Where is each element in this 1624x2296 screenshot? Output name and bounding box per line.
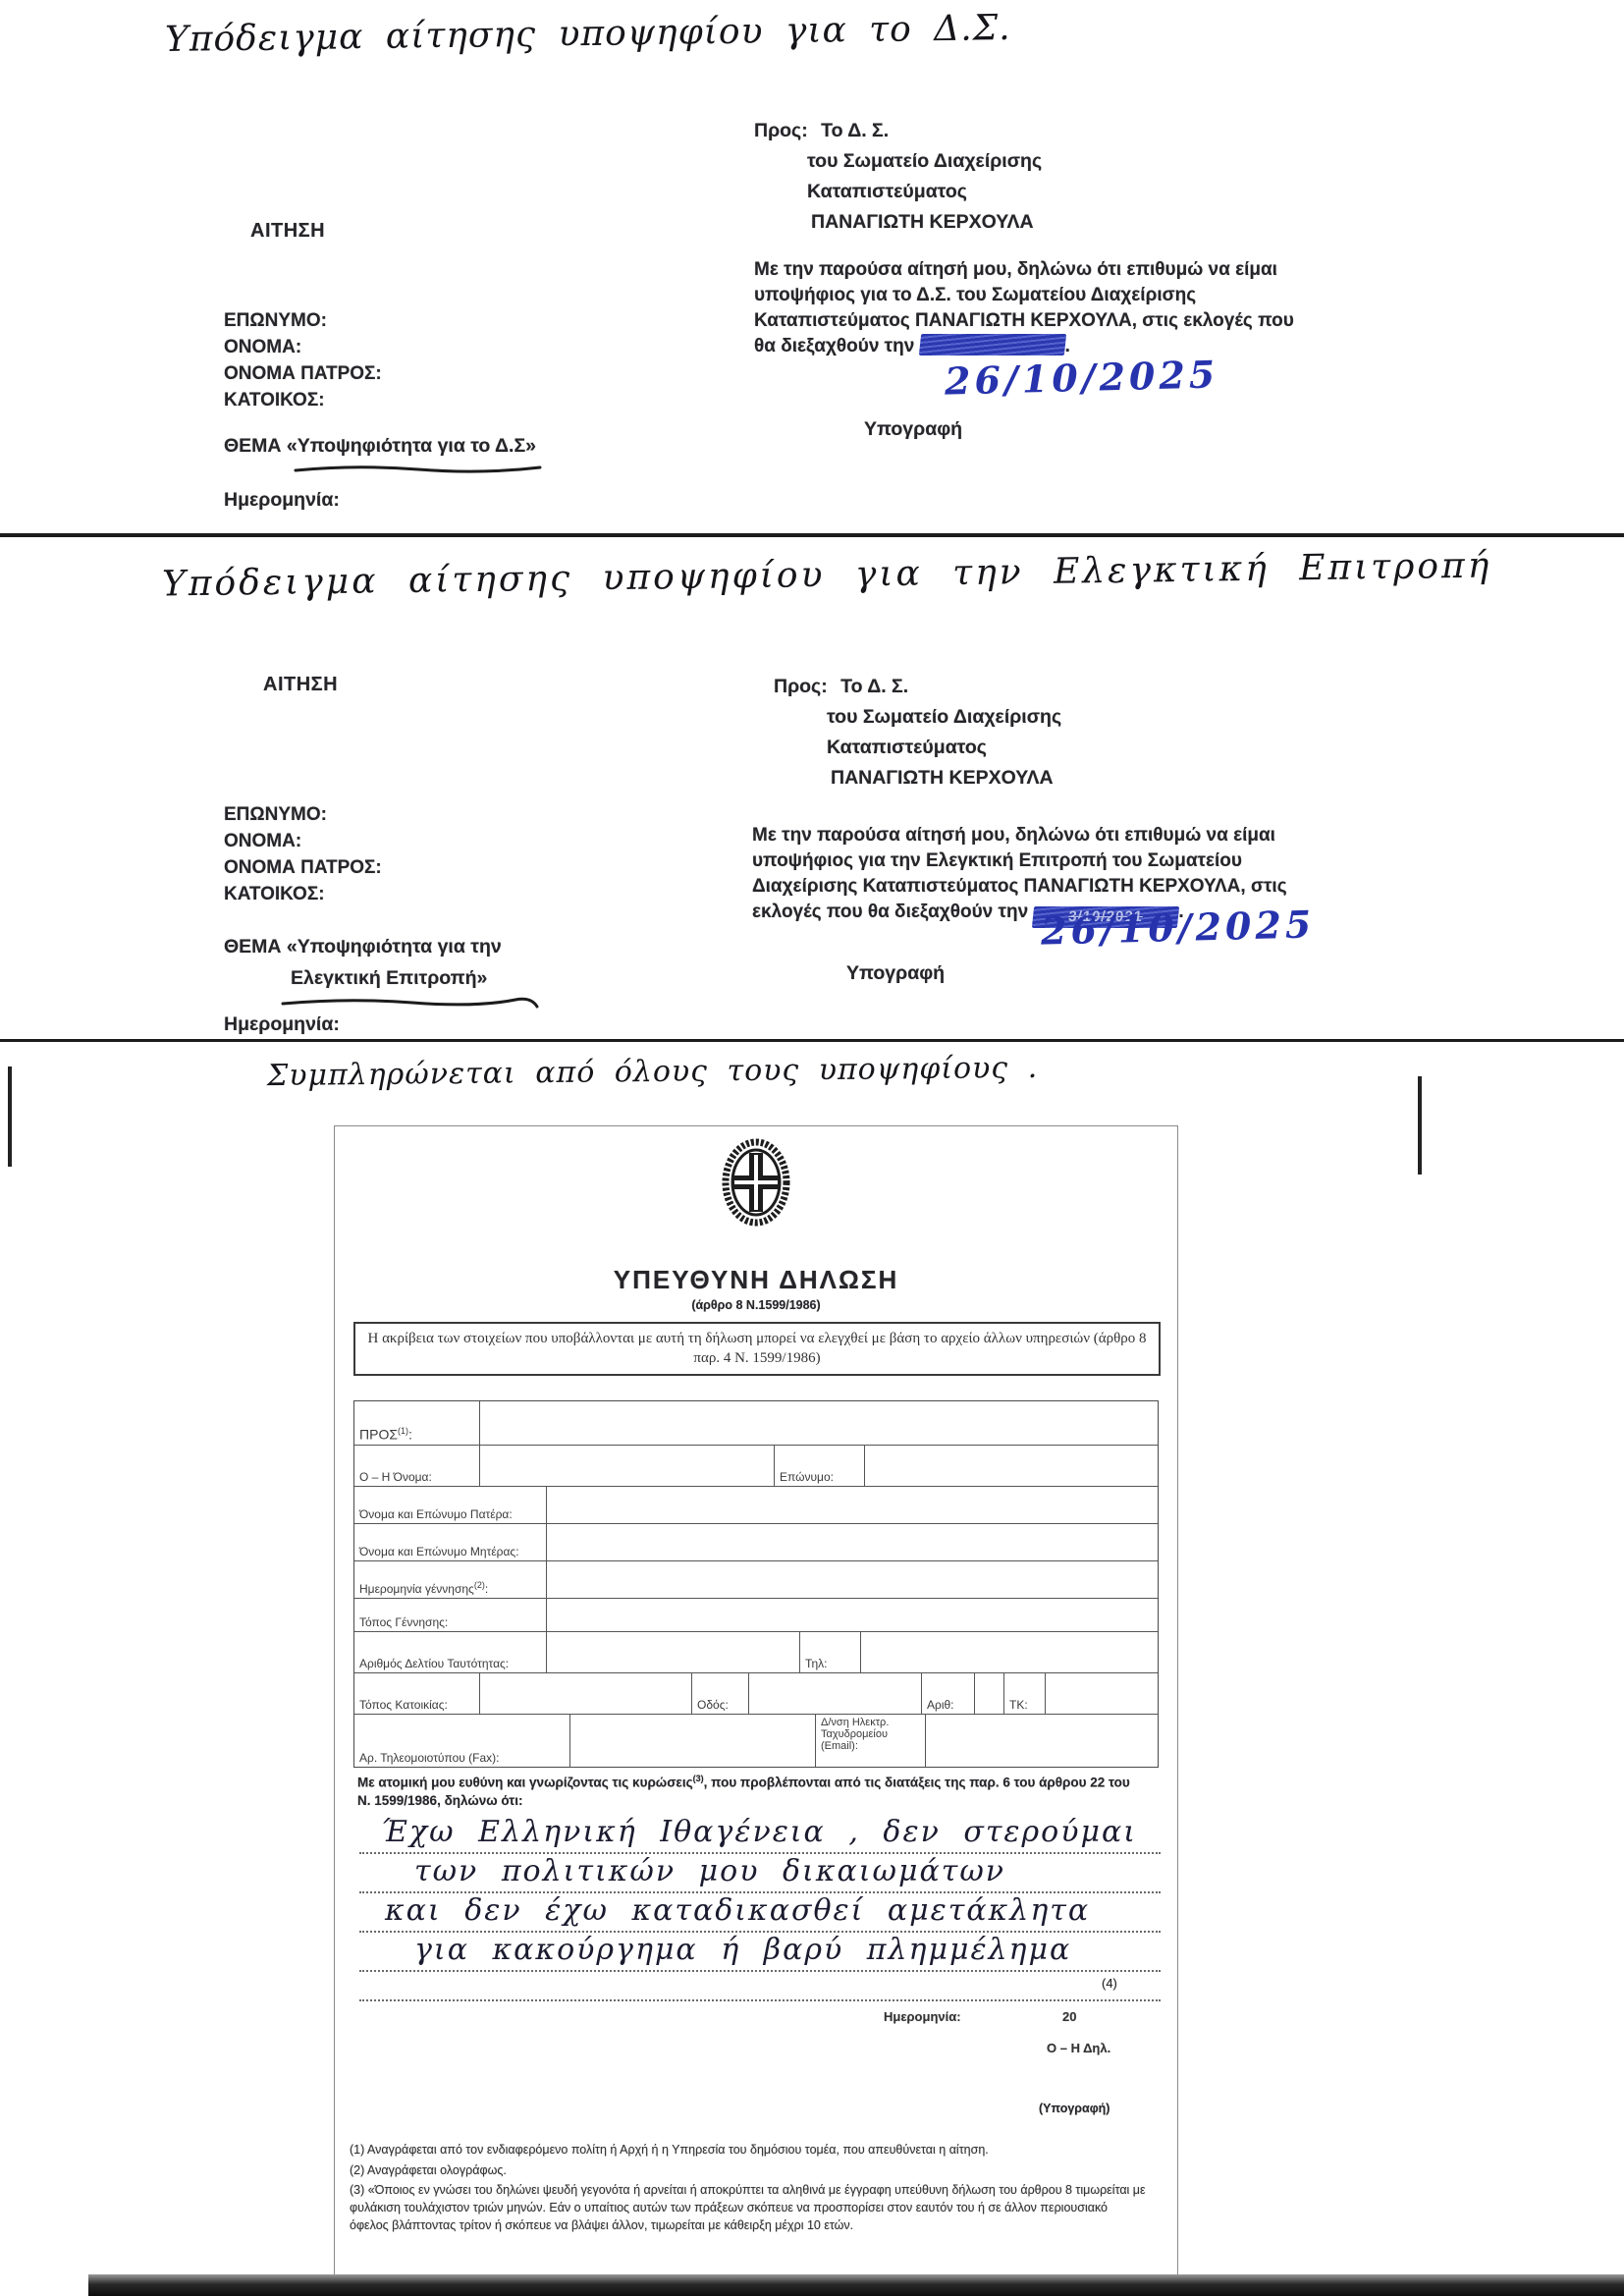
declaration-title: ΥΠΕΥΘΥΝΗ ΔΗΛΩΣΗ bbox=[334, 1265, 1178, 1295]
to-line: του Σωματείο Διαχείρισης bbox=[807, 146, 1042, 177]
body-line: υποψήφιος για την Ελεγκτική Επιτροπή του… bbox=[752, 848, 1351, 874]
pros-colon: : bbox=[408, 1427, 412, 1443]
declaration-date-value: 20 bbox=[1062, 2009, 1076, 2024]
father-input-cell bbox=[547, 1487, 1158, 1523]
greek-coat-of-arms-icon bbox=[718, 1137, 794, 1228]
footnote-3: (3) «Όποιος εν γνώσει του δηλώνει ψευδή … bbox=[350, 2181, 1149, 2234]
handwritten-date-board: 26/10/2025 bbox=[944, 352, 1218, 403]
handwritten-declaration-line: Έχω Ελληνική Ιθαγένεια , δεν στερούμαι bbox=[381, 1815, 1137, 1849]
residence-input-cell bbox=[480, 1673, 692, 1714]
field-label-residence: ΚΑΤΟΙΚΟΣ: bbox=[224, 881, 382, 907]
section-divider bbox=[0, 533, 1624, 537]
table-row-father: Όνομα και Επώνυμο Πατέρα: bbox=[354, 1486, 1158, 1523]
handwritten-date-audit: 26/10/2025 bbox=[1040, 902, 1315, 953]
to-line: Καταπιστεύματος bbox=[807, 177, 1042, 207]
dotted-rule bbox=[359, 1999, 1161, 2001]
name-label-cell: Ο – Η Όνομα: bbox=[354, 1446, 480, 1486]
table-row-pros: ΠΡΟΣ(1): bbox=[354, 1401, 1158, 1445]
birthdate-label: Ημερομηνία γέννησης bbox=[359, 1582, 474, 1596]
table-row-birthdate: Ημερομηνία γέννησης(2): bbox=[354, 1560, 1158, 1598]
table-row-mother: Όνομα και Επώνυμο Μητέρας: bbox=[354, 1523, 1158, 1560]
pros-label-cell: ΠΡΟΣ(1): bbox=[354, 1401, 480, 1445]
to-line: Το Δ. Σ. bbox=[821, 120, 889, 141]
date-label: Ημερομηνία: bbox=[224, 489, 340, 512]
hand-underline bbox=[280, 994, 541, 1010]
body-line: Με την παρούσα αίτησή μου, δηλώνω ότι επ… bbox=[752, 823, 1351, 848]
mother-label-cell: Όνομα και Επώνυμο Μητέρας: bbox=[354, 1524, 547, 1560]
to-line: ΠΑΝΑΓΙΩΤΗ ΚΕΡΧΟΥΛΑ bbox=[811, 207, 1042, 238]
to-prefix: Προς: bbox=[774, 676, 828, 697]
crop-mark bbox=[8, 1066, 12, 1167]
postcode-input-cell bbox=[1046, 1673, 1158, 1714]
field-label-father-name: ΟΝΟΜΑ ΠΑΤΡΟΣ: bbox=[224, 854, 382, 881]
field-label-residence: ΚΑΤΟΙΚΟΣ: bbox=[224, 387, 382, 413]
tel-label-cell: Τηλ: bbox=[800, 1632, 861, 1672]
scan-edge-artifact bbox=[88, 2274, 1624, 2296]
notice-line: Η ακρίβεια των στοιχείων που υποβάλλοντα… bbox=[367, 1329, 1147, 1348]
declarant-label: Ο – Η Δηλ. bbox=[1047, 2041, 1110, 2055]
footnote-marker-4: (4) bbox=[1102, 1976, 1117, 1991]
street-label-cell: Οδός: bbox=[692, 1673, 749, 1714]
surname-label-cell: Επώνυμο: bbox=[775, 1446, 865, 1486]
birthdate-input-cell bbox=[547, 1561, 1158, 1598]
table-row-residence: Τόπος Κατοικίας: Οδός: Αριθ: ΤΚ: bbox=[354, 1672, 1158, 1714]
email-label-line: (Εmail): bbox=[821, 1740, 858, 1752]
oath-intro-line2: Ν. 1599/1986, δηλώνω ότι: bbox=[357, 1793, 523, 1808]
field-label-name: ΟΝΟΜΑ: bbox=[224, 334, 382, 360]
declaration-fields-table: ΠΡΟΣ(1): Ο – Η Όνομα: Επώνυμο: Όνομα και… bbox=[353, 1400, 1159, 1768]
body-line: Με την παρούσα αίτησή μου, δηλώνω ότι επ… bbox=[754, 257, 1343, 283]
crossed-out-date bbox=[918, 334, 1065, 355]
handwritten-note-all-candidates: Συμπληρώνεται από όλους τους υποψηφίους … bbox=[267, 1051, 1039, 1093]
oath-text: , που προβλέπονται από τις διατάξεις της… bbox=[704, 1776, 1130, 1790]
handwritten-title-audit: Υπόδειγμα αίτησης υποψηφίου για την Ελεγ… bbox=[162, 546, 1492, 605]
handwritten-declaration-line: των πολιτικών μου δικαιωμάτων bbox=[414, 1854, 1005, 1888]
field-label-surname: ΕΠΩΝΥΜΟ: bbox=[224, 307, 382, 334]
signature-label: Υπογραφή bbox=[864, 418, 962, 441]
email-label-line: Ταχυδρομείου bbox=[821, 1728, 888, 1740]
postcode-label-cell: ΤΚ: bbox=[1004, 1673, 1046, 1714]
subject-line: ΘΕΜΑ «Υποψηφιότητα για το Δ.Σ» bbox=[224, 435, 536, 458]
fax-input-cell bbox=[570, 1715, 816, 1767]
field-label-surname: ΕΠΩΝΥΜΟ: bbox=[224, 801, 382, 828]
birthplace-input-cell bbox=[547, 1599, 1158, 1631]
footnote-2: (2) Αναγράφεται ολογράφως. bbox=[350, 2161, 1149, 2179]
field-label-name: ΟΝΟΜΑ: bbox=[224, 828, 382, 854]
email-label-cell: Δ/νση Ηλεκτρ. Ταχυδρομείου (Εmail): bbox=[816, 1715, 926, 1767]
father-label-cell: Όνομα και Επώνυμο Πατέρα: bbox=[354, 1487, 547, 1523]
date-label: Ημερομηνία: bbox=[224, 1013, 340, 1036]
table-row-id-tel: Αριθμός Δελτίου Ταυτότητας: Τηλ: bbox=[354, 1631, 1158, 1672]
fax-label-cell: Αρ. Τηλεομοιοτύπου (Fax): bbox=[354, 1715, 570, 1767]
to-prefix: Προς: bbox=[754, 120, 808, 141]
to-line: Το Δ. Σ. bbox=[840, 676, 908, 697]
birthdate-label-cell: Ημερομηνία γέννησης(2): bbox=[354, 1561, 547, 1598]
mother-input-cell bbox=[547, 1524, 1158, 1560]
application-label: ΑΙΤΗΣΗ bbox=[250, 220, 325, 243]
declaration-date-label: Ημερομηνία: bbox=[884, 2009, 961, 2024]
body-line-text: θα διεξαχθούν την bbox=[754, 336, 914, 356]
to-line: του Σωματείο Διαχείρισης bbox=[827, 702, 1061, 733]
pros-label: ΠΡΟΣ bbox=[359, 1427, 398, 1443]
body-line-text: εκλογές που θα διεξαχθούν την bbox=[752, 902, 1028, 922]
declaration-subtitle: (άρθρο 8 Ν.1599/1986) bbox=[334, 1298, 1178, 1312]
body-line: Διαχείρισης Καταπιστεύματος ΠΑΝΑΓΙΩΤΗ ΚΕ… bbox=[752, 874, 1351, 900]
field-labels: ΕΠΩΝΥΜΟ: ΟΝΟΜΑ: ΟΝΟΜΑ ΠΑΤΡΟΣ: ΚΑΤΟΙΚΟΣ: bbox=[224, 801, 382, 907]
to-block: Προς: Το Δ. Σ. του Σωματείο Διαχείρισης … bbox=[774, 672, 1061, 793]
pros-footref: (1) bbox=[398, 1426, 408, 1436]
to-block: Προς: Το Δ. Σ. του Σωματείο Διαχείρισης … bbox=[754, 116, 1042, 238]
field-label-father-name: ΟΝΟΜΑ ΠΑΤΡΟΣ: bbox=[224, 360, 382, 387]
email-input-cell bbox=[926, 1715, 1158, 1767]
subject-line: ΘΕΜΑ «Υποψηφιότητα για την bbox=[224, 936, 502, 958]
signature-placeholder-label: (Υπογραφή) bbox=[1039, 2102, 1110, 2115]
id-input-cell bbox=[547, 1632, 800, 1672]
pros-input-cell bbox=[480, 1401, 1158, 1445]
crop-mark bbox=[1418, 1076, 1422, 1175]
number-input-cell bbox=[975, 1673, 1004, 1714]
table-row-name: Ο – Η Όνομα: Επώνυμο: bbox=[354, 1445, 1158, 1486]
handwritten-declaration-line: και δεν έχω καταδικασθεί αμετάκλητα bbox=[385, 1893, 1090, 1928]
to-line: Καταπιστεύματος bbox=[827, 733, 1061, 763]
residence-label-cell: Τόπος Κατοικίας: bbox=[354, 1673, 480, 1714]
birthdate-colon: : bbox=[485, 1582, 488, 1596]
to-line: ΠΑΝΑΓΙΩΤΗ ΚΕΡΧΟΥΛΑ bbox=[831, 763, 1061, 793]
oath-text: Με ατομική μου ευθύνη και γνωρίζοντας τι… bbox=[357, 1776, 693, 1790]
birthdate-footref: (2) bbox=[474, 1580, 485, 1590]
email-label-line: Δ/νση Ηλεκτρ. bbox=[821, 1717, 889, 1728]
notice-line: παρ. 4 Ν. 1599/1986) bbox=[367, 1348, 1147, 1368]
handwritten-declaration-line: για κακούργημα ή βαρύ πλημμέλημα bbox=[414, 1933, 1071, 1967]
field-labels: ΕΠΩΝΥΜΟ: ΟΝΟΜΑ: ΟΝΟΜΑ ΠΑΤΡΟΣ: ΚΑΤΟΙΚΟΣ: bbox=[224, 307, 382, 413]
oath-footref: (3) bbox=[693, 1774, 704, 1783]
application-label: ΑΙΤΗΣΗ bbox=[263, 674, 338, 696]
scanned-document-page: Υπόδειγμα αίτησης υποψηφίου για το Δ.Σ. … bbox=[0, 0, 1624, 2296]
id-label-cell: Αριθμός Δελτίου Ταυτότητας: bbox=[354, 1632, 547, 1672]
handwritten-title-board: Υπόδειγμα αίτησης υποψηφίου για το Δ.Σ. bbox=[165, 8, 1011, 60]
table-row-fax-email: Αρ. Τηλεομοιοτύπου (Fax): Δ/νση Ηλεκτρ. … bbox=[354, 1714, 1158, 1767]
dotted-rule bbox=[359, 1970, 1161, 1972]
application-body: Με την παρούσα αίτησή μου, δηλώνω ότι επ… bbox=[754, 257, 1343, 359]
body-line: υποψήφιος για το Δ.Σ. του Σωματείου Διαχ… bbox=[754, 283, 1343, 308]
accuracy-notice-box: Η ακρίβεια των στοιχείων που υποβάλλοντα… bbox=[353, 1322, 1161, 1376]
oath-intro-line1: Με ατομική μου ευθύνη και γνωρίζοντας τι… bbox=[357, 1774, 1161, 1790]
table-row-birthplace: Τόπος Γέννησης: bbox=[354, 1598, 1158, 1631]
street-input-cell bbox=[749, 1673, 922, 1714]
tel-input-cell bbox=[861, 1632, 1158, 1672]
section-divider bbox=[0, 1039, 1624, 1042]
name-input-cell bbox=[480, 1446, 775, 1486]
birthplace-label-cell: Τόπος Γέννησης: bbox=[354, 1599, 547, 1631]
footnote-1: (1) Αναγράφεται από τον ενδιαφερόμενο πο… bbox=[350, 2141, 1149, 2159]
subject-line: Ελεγκτική Επιτροπή» bbox=[291, 967, 487, 990]
surname-input-cell bbox=[865, 1446, 1158, 1486]
number-label-cell: Αριθ: bbox=[922, 1673, 975, 1714]
hand-underline bbox=[293, 462, 544, 475]
body-line: Καταπιστεύματος ΠΑΝΑΓΙΩΤΗ ΚΕΡΧΟΥΛΑ, στις… bbox=[754, 308, 1343, 334]
signature-label: Υπογραφή bbox=[846, 962, 945, 985]
